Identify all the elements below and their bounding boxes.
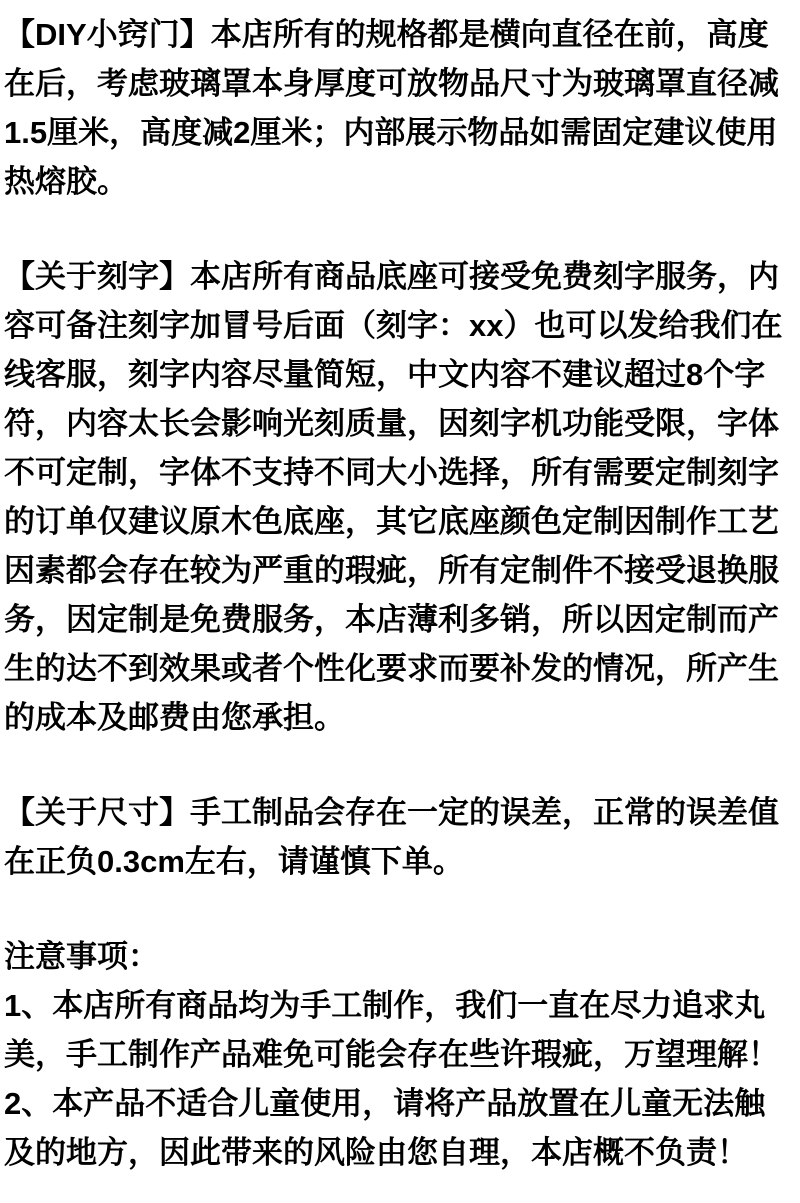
notice-item-children: 2、本产品不适合儿童使用，请将产品放置在儿童无法触及的地方，因此带来的风险由您自… — [4, 1079, 796, 1177]
page: { "page": { "background_color": "#ffffff… — [0, 0, 800, 1203]
notice-section: 注意事项： 1、本店所有商品均为手工制作，我们一直在尽力追求丸美，手工制作产品难… — [4, 932, 796, 1177]
product-description: 【DIY小窍门】本店所有的规格都是横向直径在前，高度在后，考虑玻璃罩本身厚度可放… — [0, 0, 800, 1177]
paragraph-engraving-policy: 【关于刻字】本店所有商品底座可接受免费刻字服务，内容可备注刻字加冒号后面（刻字：… — [4, 252, 796, 742]
notice-item-handmade: 1、本店所有商品均为手工制作，我们一直在尽力追求丸美，手工制作产品难免可能会存在… — [4, 981, 796, 1079]
paragraph-size-tolerance: 【关于尺寸】手工制品会存在一定的误差，正常的误差值在正负0.3cm左右，请谨慎下… — [4, 788, 796, 886]
paragraph-diy-tips: 【DIY小窍门】本店所有的规格都是横向直径在前，高度在后，考虑玻璃罩本身厚度可放… — [4, 10, 796, 206]
notice-title: 注意事项： — [4, 932, 796, 981]
